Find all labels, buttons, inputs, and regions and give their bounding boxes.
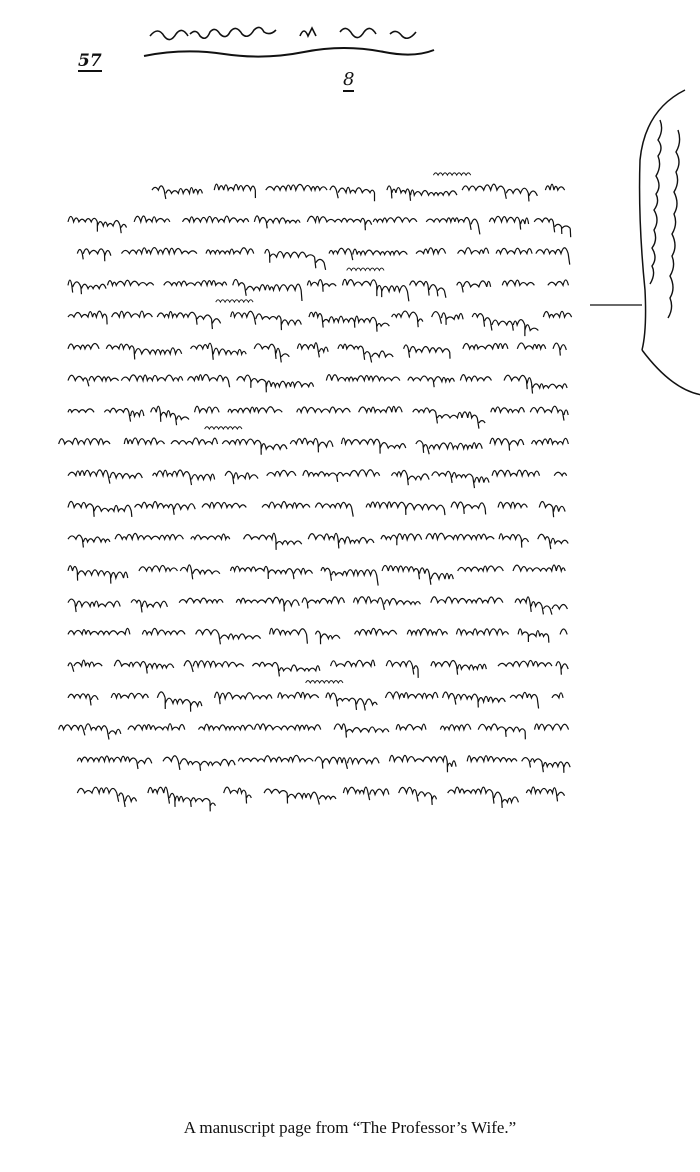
handwritten-line [59,724,569,740]
handwritten-line [68,533,568,550]
handwritten-line [68,681,563,712]
handwritten-line [68,268,568,301]
handwritten-line [77,755,570,773]
caption: A manuscript page from “The Professor’s … [0,1118,700,1138]
margin-note-bracketed [590,80,700,410]
handwritten-line [68,216,571,237]
handwritten-line [77,248,569,270]
handwritten-line [68,375,567,394]
handwritten-line [77,787,564,811]
handwritten-line [68,628,567,644]
handwritten-line [68,343,566,363]
handwritten-line [59,427,569,455]
handwritten-line [68,406,568,428]
handwritten-line [68,470,567,488]
manuscript-title-handwritten [140,14,440,64]
manuscript-page: 57 8 A manuscript page from “The Profess… [0,0,700,1172]
handwritten-line [68,597,567,615]
handwritten-line [152,173,565,202]
handwritten-line [68,660,568,678]
handwritten-line [68,501,565,517]
sub-number: 8 [343,70,354,92]
handwritten-line [68,565,565,586]
page-number: 57 [78,52,102,72]
manuscript-body-handwriting [40,150,600,850]
handwritten-line [68,300,572,336]
